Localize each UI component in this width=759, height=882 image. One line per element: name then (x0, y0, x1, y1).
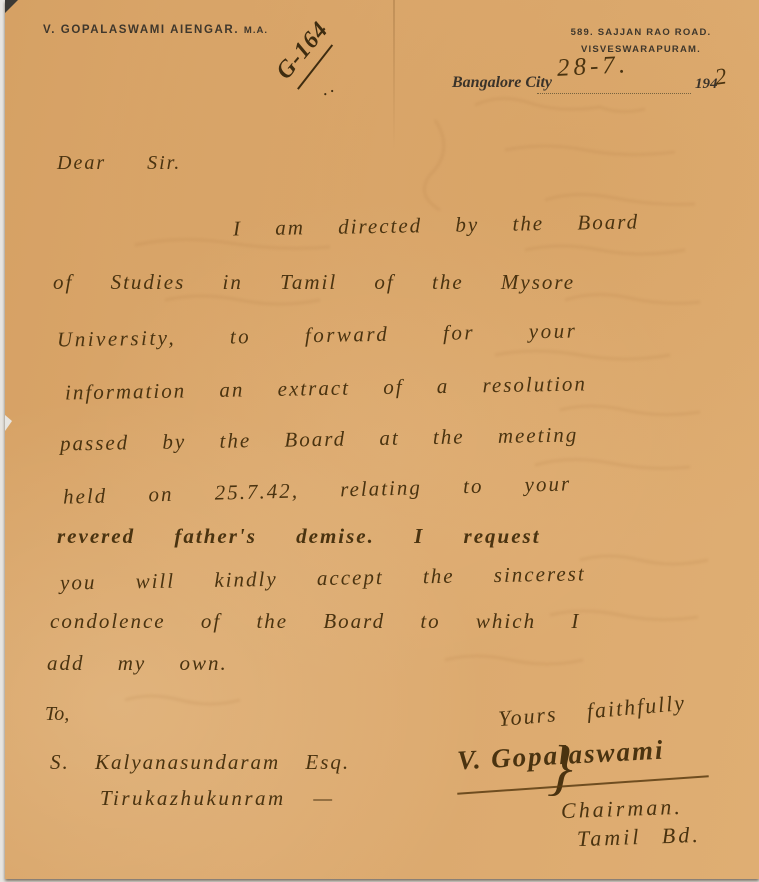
sender-degree: M.A. (244, 25, 268, 36)
body-line: University, to forward for your (57, 318, 578, 352)
body-line: passed by the Board at the meeting (60, 422, 579, 456)
addressee-name: S. Kalyanasundaram Esq. (50, 750, 350, 775)
body-line: I am directed by the Board (233, 209, 640, 241)
signer-role: Chairman. (561, 794, 684, 824)
letterhead-sender: V. GOPALASWAMI AIENGAR. M.A. (43, 24, 268, 36)
scan-corner-artifact (5, 0, 18, 13)
handwritten-year-digit: 2 (713, 63, 728, 90)
body-line: revered father's demise. I request (57, 524, 541, 549)
body-line: condolence of the Board to which I (50, 609, 580, 634)
filing-reference-dots: .. (317, 75, 339, 100)
valediction: Yours faithfully (497, 690, 687, 732)
body-line: add my own. (47, 651, 228, 676)
body-line: you will kindly accept the sincerest (60, 561, 586, 595)
body-line: information an extract of a resolution (65, 371, 587, 405)
addressee-place: Tirukazhukunram — (100, 786, 335, 811)
scanned-letter-page: V. GOPALASWAMI AIENGAR. M.A. 589. SAJJAN… (0, 0, 759, 882)
signer-organization: Tamil Bd. (577, 822, 702, 852)
body-line: of Studies in Tamil of the Mysore (53, 270, 575, 295)
letterhead-address: 589. SAJJAN RAO ROAD. VISVESWARAPURAM. (541, 24, 741, 58)
sender-name: V. GOPALASWAMI AIENGAR. (43, 24, 239, 36)
letter-paper: V. GOPALASWAMI AIENGAR. M.A. 589. SAJJAN… (5, 0, 759, 879)
body-line: held on 25.7.42, relating to your (63, 471, 572, 509)
signature: V. Gopalaswami (456, 735, 665, 777)
handwritten-date: 28-7. (556, 51, 629, 83)
fold-crease (393, 0, 395, 150)
printed-year-prefix: 194 (695, 76, 718, 93)
signature-underline (457, 775, 709, 795)
address-line-1: 589. SAJJAN RAO ROAD. (541, 24, 741, 41)
paper-edge-notch (5, 415, 12, 431)
salutation: Dear Sir. (57, 152, 181, 175)
addressee-label: To, (45, 703, 69, 726)
